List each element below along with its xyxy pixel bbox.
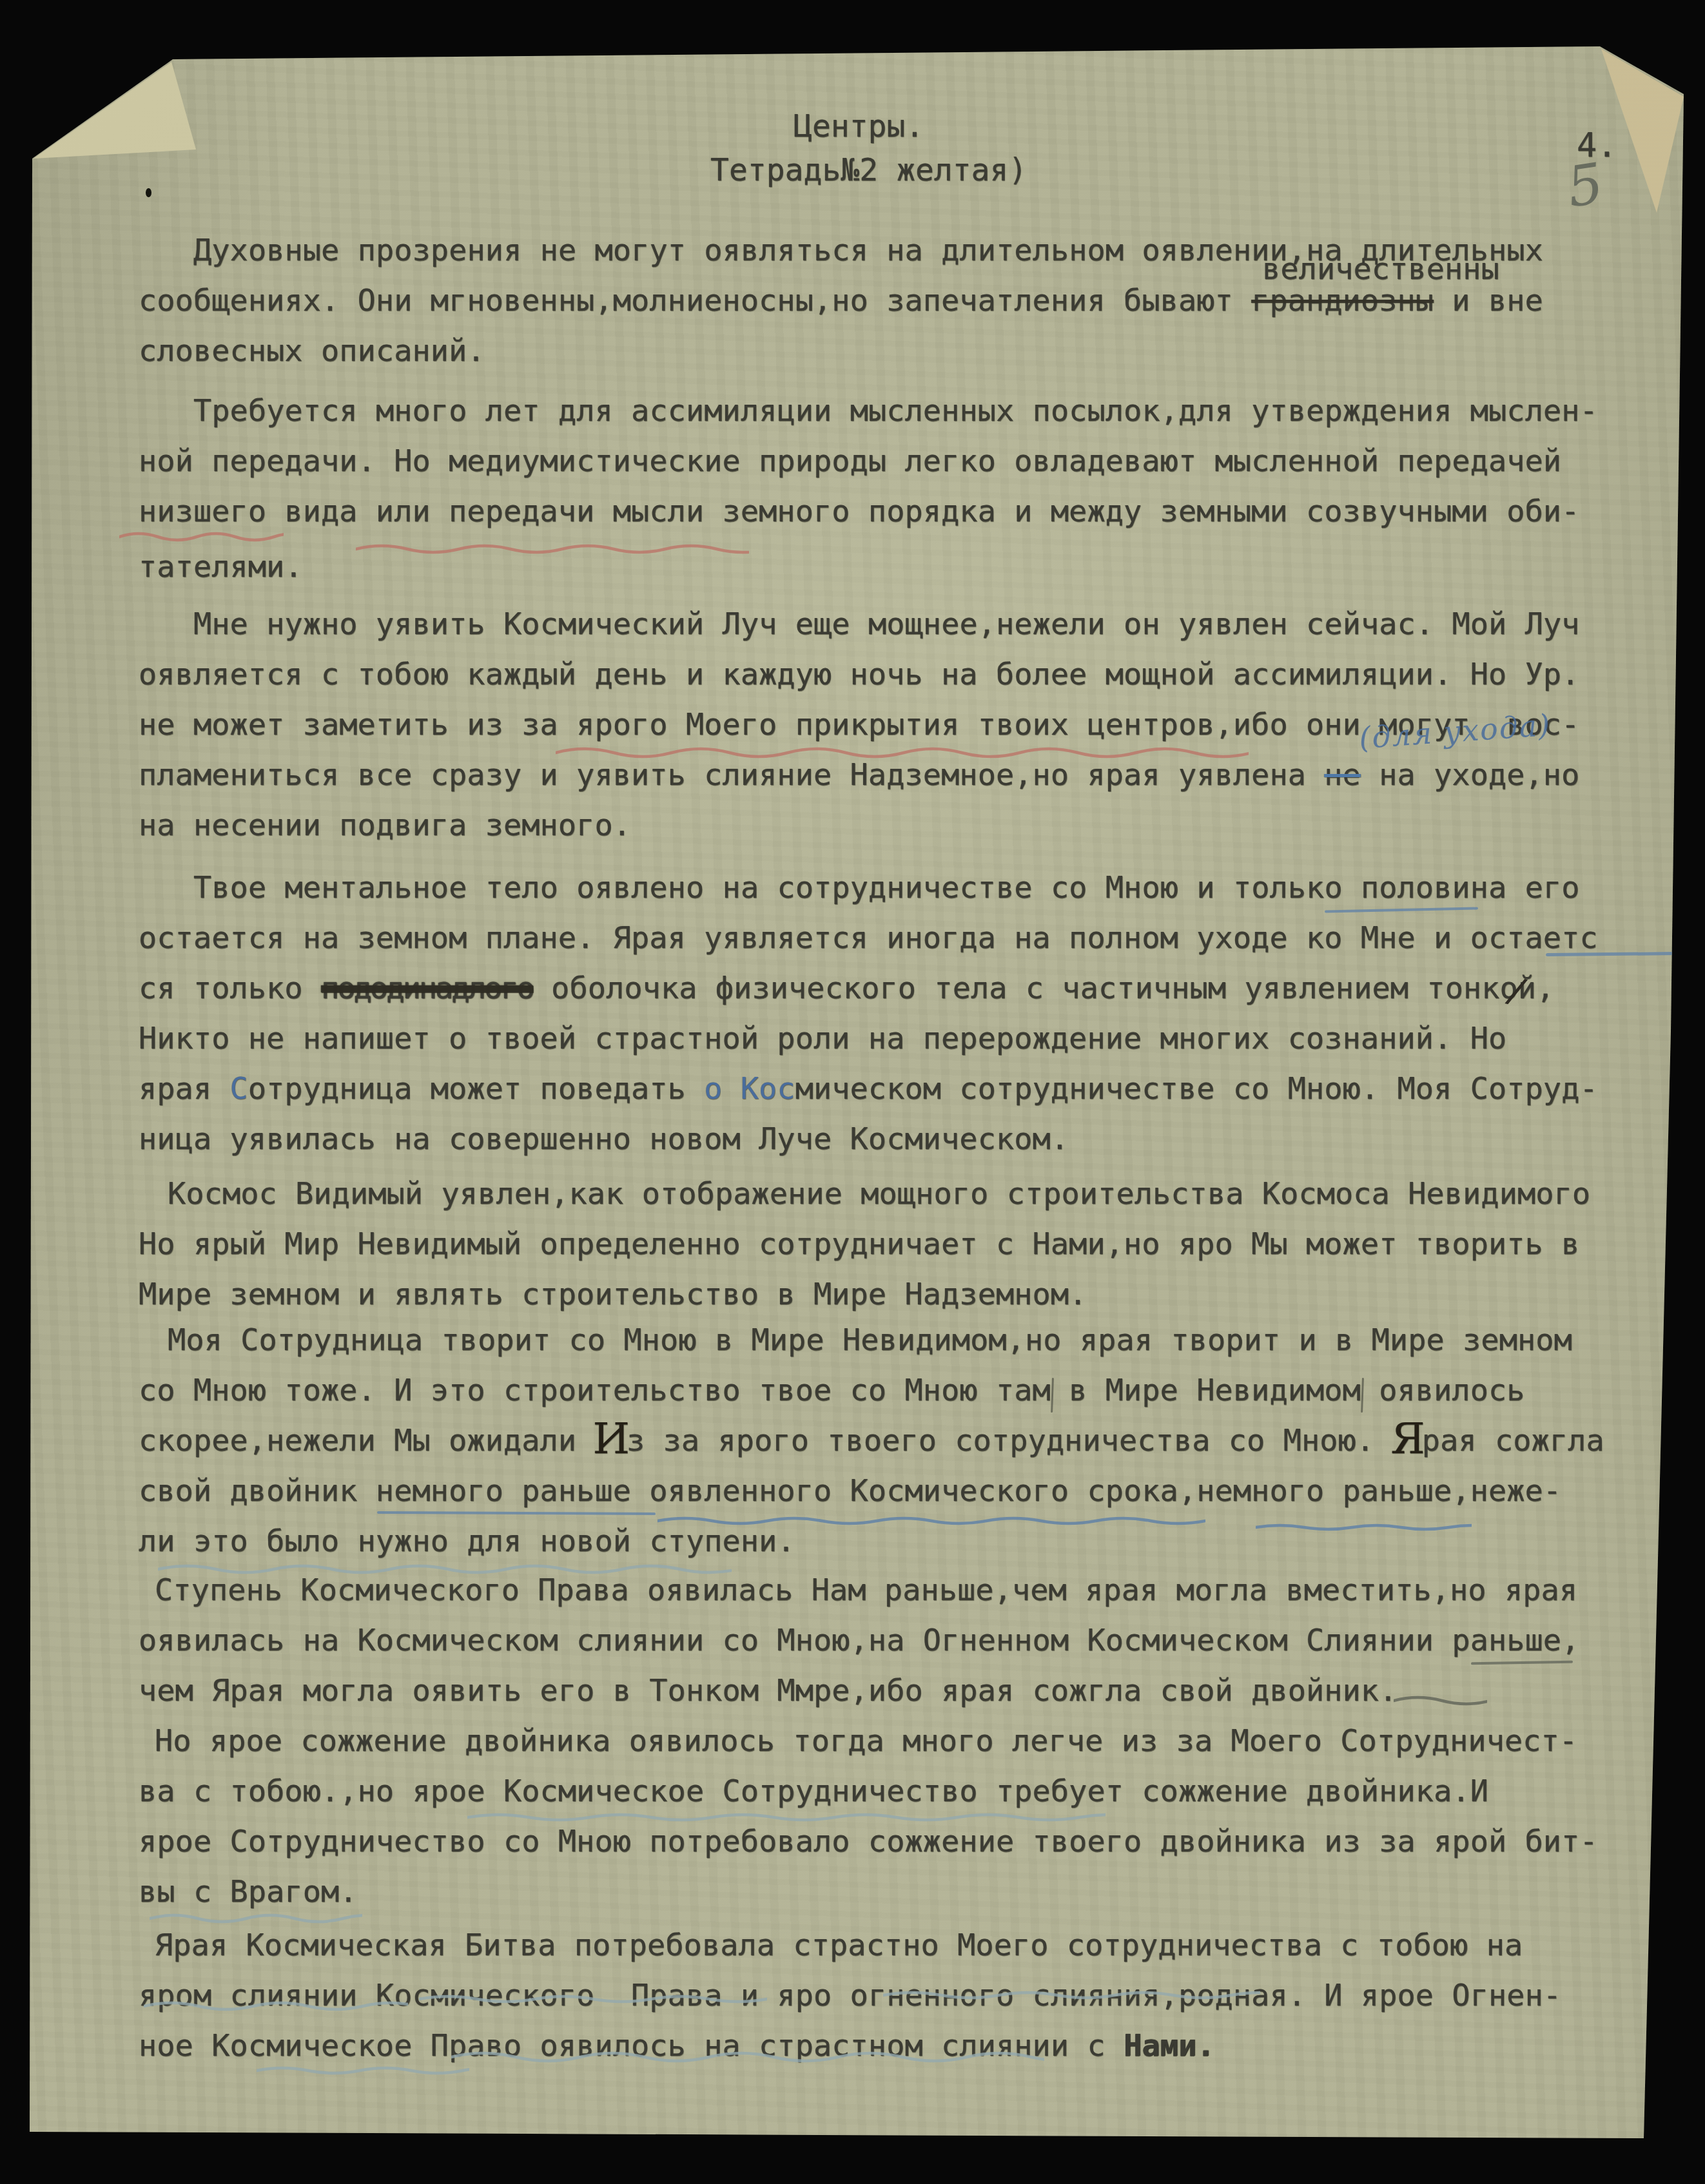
typed-line: Никто не напишет о твоей страстной роли … bbox=[139, 1023, 1506, 1054]
typed-text: з за ярого твоего сотрудничества со Мною… bbox=[627, 1423, 1392, 1458]
typed-line: словесных описаний. bbox=[139, 336, 485, 366]
typed-line: на несении подвига земного. bbox=[139, 810, 631, 840]
typed-line: яром слиянии Космического Права и яро ог… bbox=[139, 1980, 1561, 2011]
typed-line: Моя Сотрудница творит со Мною в Мире Нев… bbox=[168, 1325, 1572, 1355]
typed-line: Твое ментальное тело оявлено на сотрудни… bbox=[193, 873, 1580, 903]
typed-text: Требуется много лет для ассимиляции мысл… bbox=[193, 393, 1598, 429]
typed-correction: не bbox=[1324, 757, 1361, 793]
blue-underline bbox=[1256, 1522, 1472, 1534]
typed-line: вы с Врагом. bbox=[139, 1877, 358, 1907]
typed-correction: С bbox=[229, 1071, 248, 1106]
typed-text: скорее,нежели Мы ожидали bbox=[139, 1423, 594, 1458]
typed-line: низшего вида или передачи мысли земного … bbox=[139, 496, 1579, 527]
pencil-underline bbox=[1471, 1661, 1573, 1665]
typed-line: ся только пододинадлого оболочка физичес… bbox=[139, 973, 1554, 1003]
typed-line: со Мною тоже. И это строительство твое с… bbox=[139, 1375, 1525, 1406]
typed-text: рая сожгла bbox=[1422, 1423, 1604, 1458]
typed-correction: о Кос bbox=[704, 1071, 795, 1106]
red-underline bbox=[119, 531, 284, 545]
typed-line: Мире земном и являть строительство в Мир… bbox=[139, 1279, 1087, 1309]
typed-line: оявляется с тобою каждый день и каждую н… bbox=[139, 659, 1579, 690]
typed-text: низшего вида или передачи мысли земного … bbox=[139, 494, 1579, 529]
pencil-underline bbox=[257, 2065, 469, 2078]
typed-line: ной передачи. Но медиумистические природ… bbox=[139, 446, 1561, 476]
typed-line: Но ярое сожжение двойника оявилось тогда… bbox=[155, 1726, 1577, 1756]
typed-text: оявляется с тобою каждый день и каждую н… bbox=[139, 657, 1579, 692]
typed-line: чем Ярая могла оявить его в Тонком Ммре,… bbox=[139, 1676, 1397, 1706]
typed-text: ли это было нужно для новой ступени. bbox=[139, 1523, 795, 1559]
typed-line: скорее,нежели Мы ожидали Из за ярого тво… bbox=[139, 1425, 1604, 1456]
typed-text: остается на земном плане. Ярая уявляется… bbox=[139, 920, 1598, 956]
typed-correction: Нами. bbox=[1124, 2028, 1214, 2063]
typed-text: словесных описаний. bbox=[139, 333, 485, 369]
typed-line: ярое Сотрудничество со Мною потребовало … bbox=[139, 1826, 1598, 1857]
blue-underline bbox=[377, 1511, 656, 1515]
pencil-underline bbox=[467, 1812, 1106, 1825]
typed-text: мическом сотрудничестве со Мною. Моя Сот… bbox=[795, 1071, 1598, 1106]
typed-line: остается на земном плане. Ярая уявляется… bbox=[139, 923, 1598, 953]
typed-text: оболочка физического тела с частичным уя… bbox=[533, 971, 1555, 1006]
typed-text: яром слиянии Космического Права и яро ог… bbox=[139, 1978, 1561, 2013]
typed-text: пламениться все сразу и уявить слияние Н… bbox=[139, 757, 1324, 793]
typed-line: оявилась на Космическом слиянии со Мною,… bbox=[139, 1625, 1579, 1656]
typed-text: ся только bbox=[139, 971, 321, 1006]
typed-line: ли это было нужно для новой ступени. bbox=[139, 1526, 795, 1556]
typed-text: Космос Видимый уявлен,как отображение мо… bbox=[168, 1176, 1590, 1212]
typed-line: ярая Сотрудница может поведать о Космиче… bbox=[139, 1074, 1598, 1104]
typed-line: ница уявилась на совершенно новом Луче К… bbox=[139, 1124, 1069, 1154]
typed-insert-correction: величественны bbox=[1262, 251, 1499, 287]
typed-text: ярое Сотрудничество со Мною потребовало … bbox=[139, 1824, 1598, 1859]
typed-text: отрудница может поведать bbox=[248, 1071, 704, 1106]
typed-text: Твое ментальное тело оявлено на сотрудни… bbox=[193, 870, 1580, 905]
typed-text: ница уявилась на совершенно новом Луче К… bbox=[139, 1121, 1069, 1157]
typed-line: ва с тобою.,но ярое Космическое Сотрудни… bbox=[139, 1776, 1488, 1806]
typed-text: вы с Врагом. bbox=[139, 1874, 358, 1909]
typed-text: Но ярый Мир Невидимый определенно сотруд… bbox=[139, 1226, 1579, 1262]
ink-speck bbox=[146, 188, 151, 197]
typed-line: ное Космическое Право оявилось на страст… bbox=[139, 2031, 1215, 2061]
typed-text: и вне bbox=[1434, 283, 1543, 318]
typed-text: чем Ярая могла оявить его в Тонком Ммре,… bbox=[139, 1673, 1397, 1708]
typed-text: ной передачи. Но медиумистические природ… bbox=[139, 443, 1561, 479]
page-subtitle: Тетрадь№2 желтая) bbox=[710, 152, 1027, 188]
typed-line: свой двойник немного раньше оявленного К… bbox=[139, 1476, 1561, 1506]
typed-correction: грандиозны bbox=[1251, 283, 1434, 318]
typed-text: Никто не напишет о твоей страстной роли … bbox=[139, 1021, 1506, 1056]
typed-text: на уходе,но bbox=[1361, 757, 1580, 793]
typed-text: ва с тобою.,но ярое Космическое Сотрудни… bbox=[139, 1773, 1488, 1809]
page-title: Центры. bbox=[794, 108, 924, 144]
typed-text: Моя Сотрудница творит со Мною в Мире Нев… bbox=[168, 1322, 1572, 1358]
typed-line: Ярая Космическая Битва потребовала страс… bbox=[155, 1930, 1523, 1960]
typed-text: Мне нужно уявить Космический Луч еще мощ… bbox=[193, 606, 1580, 642]
photo-background: Центры. Тетрадь№2 желтая) 4. 5 Духовные … bbox=[0, 0, 1705, 2184]
typed-line: тателями. bbox=[139, 552, 303, 582]
typed-text: оявилась на Космическом слиянии со Мною,… bbox=[139, 1623, 1579, 1658]
typed-text: свой двойник немного раньше оявленного К… bbox=[139, 1473, 1561, 1509]
typed-line: Но ярый Мир Невидимый определенно сотруд… bbox=[139, 1229, 1579, 1259]
document-page: Центры. Тетрадь№2 желтая) 4. 5 Духовные … bbox=[0, 0, 1705, 2184]
blue-underline bbox=[1325, 907, 1478, 913]
typed-text: ное Космическое Право оявилось на страст… bbox=[139, 2028, 1124, 2063]
red-underline bbox=[356, 543, 749, 557]
typed-line: Космос Видимый уявлен,как отображение мо… bbox=[168, 1179, 1590, 1209]
typed-text: Мире земном и являть строительство в Мир… bbox=[139, 1277, 1087, 1312]
typed-text: Ярая Космическая Битва потребовала страс… bbox=[155, 1928, 1523, 1963]
typed-text: сообщениях. Они мгновенны,молниеносны,но… bbox=[139, 283, 1251, 318]
typed-correction: пододинадлого bbox=[321, 971, 533, 1006]
pencil-dash bbox=[1394, 1695, 1487, 1709]
typed-line: Требуется много лет для ассимиляции мысл… bbox=[193, 396, 1598, 426]
typed-text: ярая bbox=[139, 1071, 229, 1106]
typed-line: сообщениях. Они мгновенны,молниеносны,но… bbox=[139, 285, 1543, 316]
typed-text: со Мною тоже. И это строительство твое с… bbox=[139, 1373, 1525, 1408]
typed-text: тателями. bbox=[139, 549, 303, 585]
typed-text: Ступень Космического Права оявилась Нам … bbox=[155, 1572, 1577, 1608]
typed-text: Но ярое сожжение двойника оявилось тогда… bbox=[155, 1723, 1577, 1759]
typed-line: Ступень Космического Права оявилась Нам … bbox=[155, 1575, 1577, 1605]
pencil-underline bbox=[150, 1913, 362, 1927]
typed-line: Мне нужно уявить Космический Луч еще мощ… bbox=[193, 609, 1580, 639]
typed-line: пламениться все сразу и уявить слияние Н… bbox=[139, 760, 1579, 790]
typed-text: на несении подвига земного. bbox=[139, 807, 631, 843]
